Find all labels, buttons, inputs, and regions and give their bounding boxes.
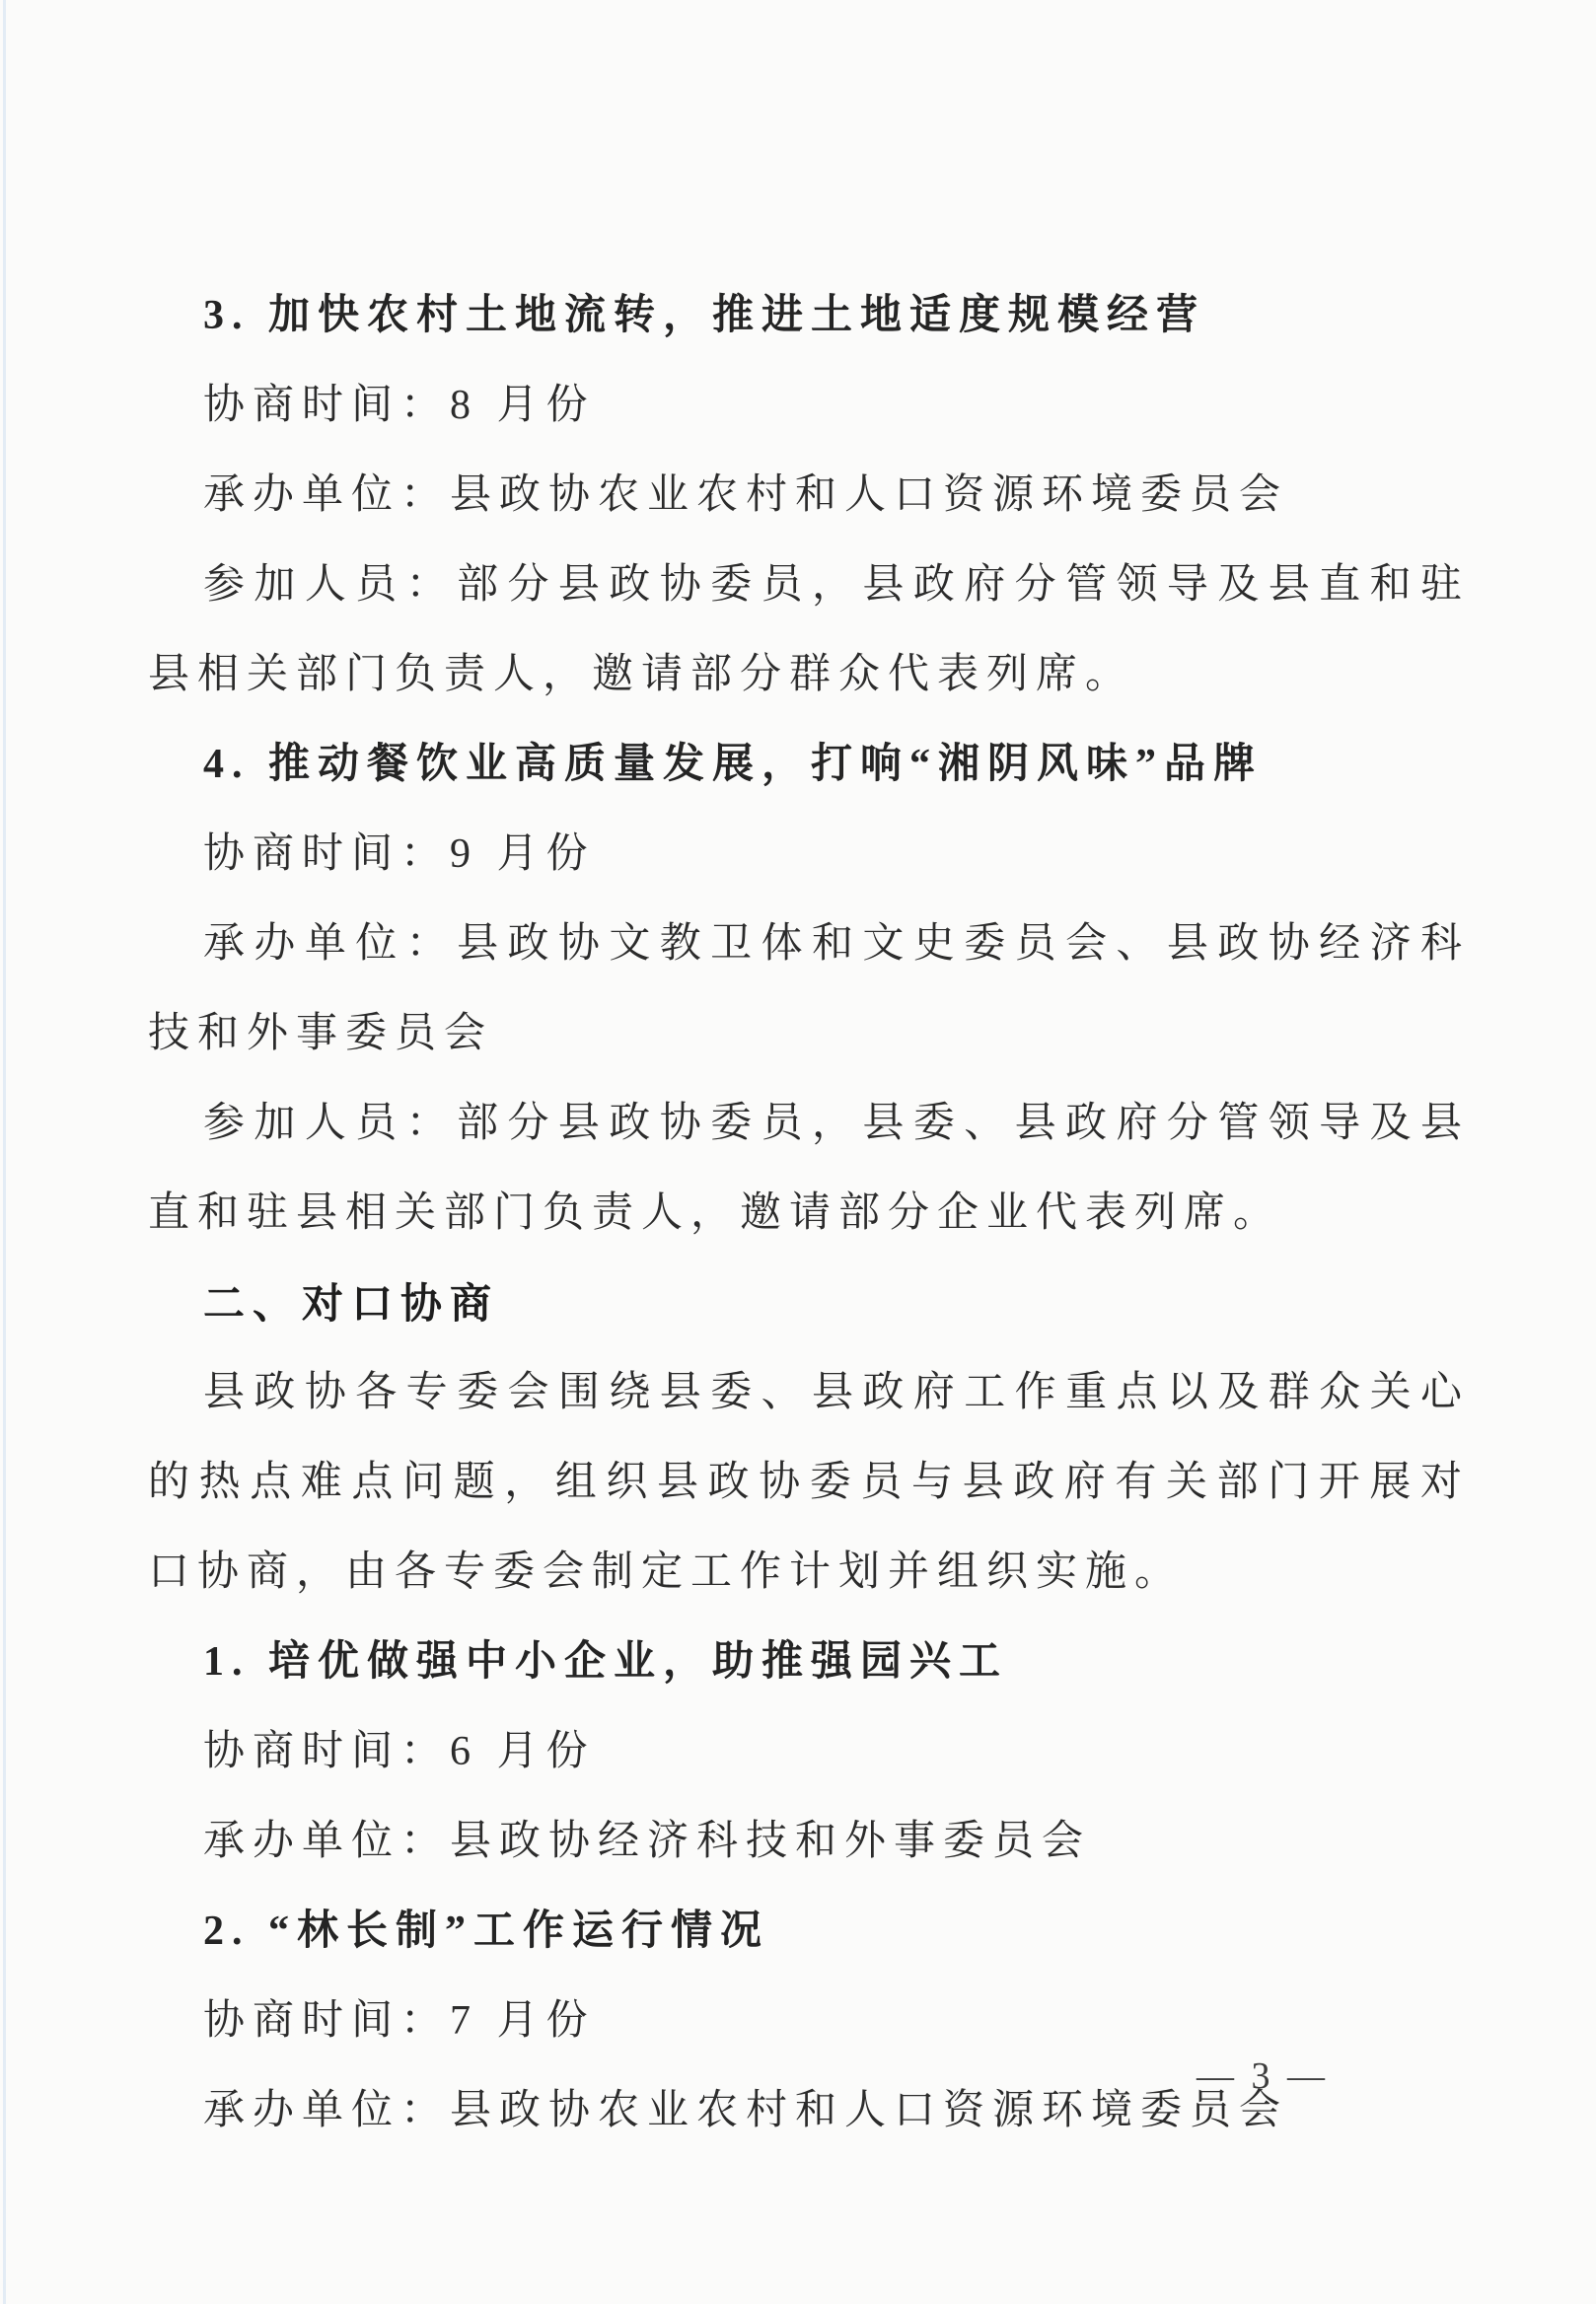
document-body: 3. 加快农村土地流转，推进土地适度规模经营 协商时间：8 月份 承办单位：县政… — [148, 271, 1470, 2156]
section2-item-2-title: 2. “林长制”工作运行情况 — [148, 1887, 1470, 1977]
scan-edge-line — [3, 0, 6, 2304]
section2-item-1-host: 承办单位：县政协经济科技和外事委员会 — [148, 1797, 1470, 1887]
section-2-intro: 县政协各专委会围绕县委、县政府工作重点以及群众关心的热点难点问题，组织县政协委员… — [148, 1348, 1470, 1618]
item-4-participants: 参加人员：部分县政协委员，县委、县政府分管领导及县直和驻县相关部门负责人，邀请部… — [148, 1079, 1470, 1259]
item-4-title: 4. 推动餐饮业高质量发展，打响“湘阴风味”品牌 — [148, 720, 1470, 810]
item-3-consult-time: 协商时间：8 月份 — [148, 361, 1470, 451]
item-4-consult-time: 协商时间：9 月份 — [148, 810, 1470, 900]
item-3-participants: 参加人员：部分县政协委员，县政府分管领导及县直和驻县相关部门负责人，邀请部分群众… — [148, 540, 1470, 720]
item-3-title: 3. 加快农村土地流转，推进土地适度规模经营 — [148, 271, 1470, 361]
page-number: — 3 — — [1134, 2054, 1391, 2098]
item-3-host-unit: 承办单位：县政协农业农村和人口资源环境委员会 — [148, 451, 1470, 540]
item-4-host-unit: 承办单位：县政协文教卫体和文史委员会、县政协经济科技和外事委员会 — [148, 900, 1470, 1079]
section-2-heading: 二、对口协商 — [148, 1259, 1470, 1348]
document-page: 3. 加快农村土地流转，推进土地适度规模经营 协商时间：8 月份 承办单位：县政… — [0, 0, 1596, 2304]
section2-item-1-time: 协商时间：6 月份 — [148, 1707, 1470, 1797]
section2-item-2-time: 协商时间：7 月份 — [148, 1977, 1470, 2066]
section2-item-1-title: 1. 培优做强中小企业，助推强园兴工 — [148, 1618, 1470, 1707]
